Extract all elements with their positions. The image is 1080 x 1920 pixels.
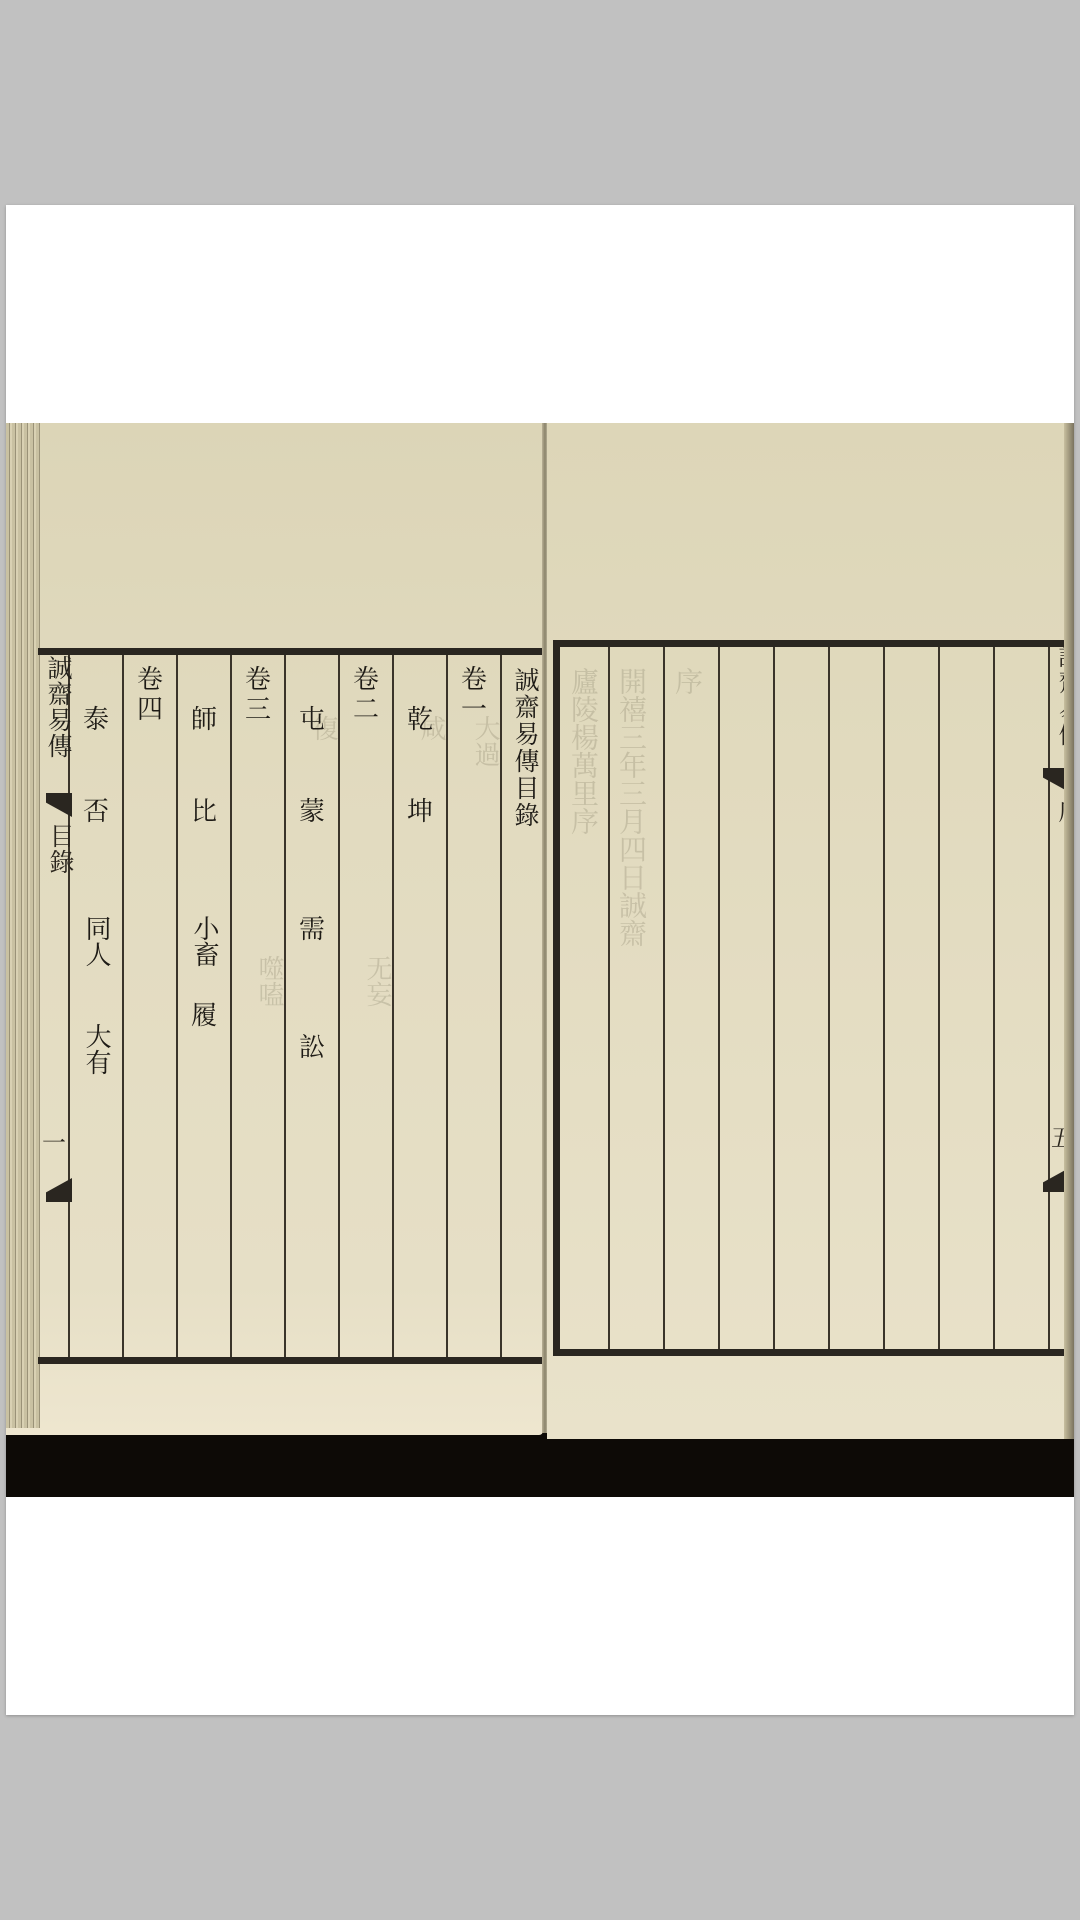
column-rule <box>500 655 502 1357</box>
margin-book-title: 誠齋易傳 <box>40 655 76 759</box>
show-through-text: 廬陵楊萬里序 <box>568 667 598 835</box>
show-through-text: 噬嗑 <box>254 955 284 1007</box>
hexagram-entry: 坤 <box>407 797 433 827</box>
right-page: 開禧三年三月四日誠齋 廬陵楊萬里序 序 誠齋易傳 序 五 <box>547 423 1074 1439</box>
column-rule <box>68 655 70 1357</box>
column-rule <box>718 647 720 1349</box>
hexagram-entry: 小畜 <box>189 915 219 967</box>
show-through-text: 開禧三年三月四日誠齋 <box>616 667 646 947</box>
margin-folio-number: 一 <box>42 1123 66 1158</box>
hexagram-column: 乾 坤 <box>398 705 442 827</box>
column-rule <box>608 647 610 1349</box>
left-page-frame: 大過 咸 无妄 復 噬嗑 誠齋易傳目錄 卷 一 乾 坤 卷 二 <box>38 648 543 1364</box>
column-rule <box>284 655 286 1357</box>
column-rule <box>446 655 448 1357</box>
hexagram-column: 泰 否 同人 大有 <box>74 705 118 1075</box>
volume-char: 二 <box>353 695 379 725</box>
hexagram-entry: 同人 <box>81 915 111 967</box>
right-page-edge <box>1064 423 1074 1439</box>
volume-label: 卷 四 <box>128 665 172 725</box>
hexagram-entry: 泰 <box>83 705 109 735</box>
volume-char: 三 <box>245 695 271 725</box>
left-page: 大過 咸 无妄 復 噬嗑 誠齋易傳目錄 卷 一 乾 坤 卷 二 <box>6 423 543 1435</box>
column-rule <box>663 647 665 1349</box>
column-rule <box>392 655 394 1357</box>
margin-section-label: 目錄 <box>42 823 78 875</box>
volume-label: 卷 三 <box>236 665 280 725</box>
hexagram-entry: 師 <box>191 705 217 735</box>
volume-char: 卷 <box>137 665 163 695</box>
column-rule <box>1048 647 1050 1349</box>
hexagram-entry: 訟 <box>299 1033 325 1063</box>
column-rule <box>883 647 885 1349</box>
hexagram-entry: 大有 <box>81 1023 111 1075</box>
hexagram-entry: 屯 <box>299 705 325 735</box>
show-through-text: 序 <box>672 667 702 695</box>
column-rule <box>122 655 124 1357</box>
volume-char: 一 <box>461 695 487 725</box>
column-rule <box>230 655 232 1357</box>
hexagram-entry: 比 <box>191 797 217 827</box>
column-rule <box>828 647 830 1349</box>
hexagram-entry: 乾 <box>407 705 433 735</box>
hexagram-column: 師 比 小畜 履 <box>182 705 226 1031</box>
column-rule <box>938 647 940 1349</box>
volume-label: 卷 二 <box>344 665 388 725</box>
column-rule <box>773 647 775 1349</box>
hexagram-entry: 否 <box>83 797 109 827</box>
show-through-text: 无妄 <box>362 955 392 1007</box>
hexagram-column: 屯 蒙 需 訟 <box>290 705 334 1063</box>
volume-char: 卷 <box>245 665 271 695</box>
right-page-frame: 開禧三年三月四日誠齋 廬陵楊萬里序 序 <box>553 640 1071 1356</box>
volume-char: 卷 <box>461 665 487 695</box>
column-rule <box>338 655 340 1357</box>
page-stack-edge <box>6 423 40 1428</box>
column-rule <box>176 655 178 1357</box>
volume-char: 卷 <box>353 665 379 695</box>
hexagram-entry: 需 <box>299 915 325 945</box>
column-rule <box>993 647 995 1349</box>
book-scan-image: 大過 咸 无妄 復 噬嗑 誠齋易傳目錄 卷 一 乾 坤 卷 二 <box>6 423 1074 1497</box>
hexagram-entry: 蒙 <box>299 797 325 827</box>
volume-label: 卷 一 <box>452 665 496 725</box>
toc-heading: 誠齋易傳目錄 <box>510 667 540 829</box>
hexagram-entry: 履 <box>191 1001 217 1031</box>
volume-char: 四 <box>137 695 163 725</box>
